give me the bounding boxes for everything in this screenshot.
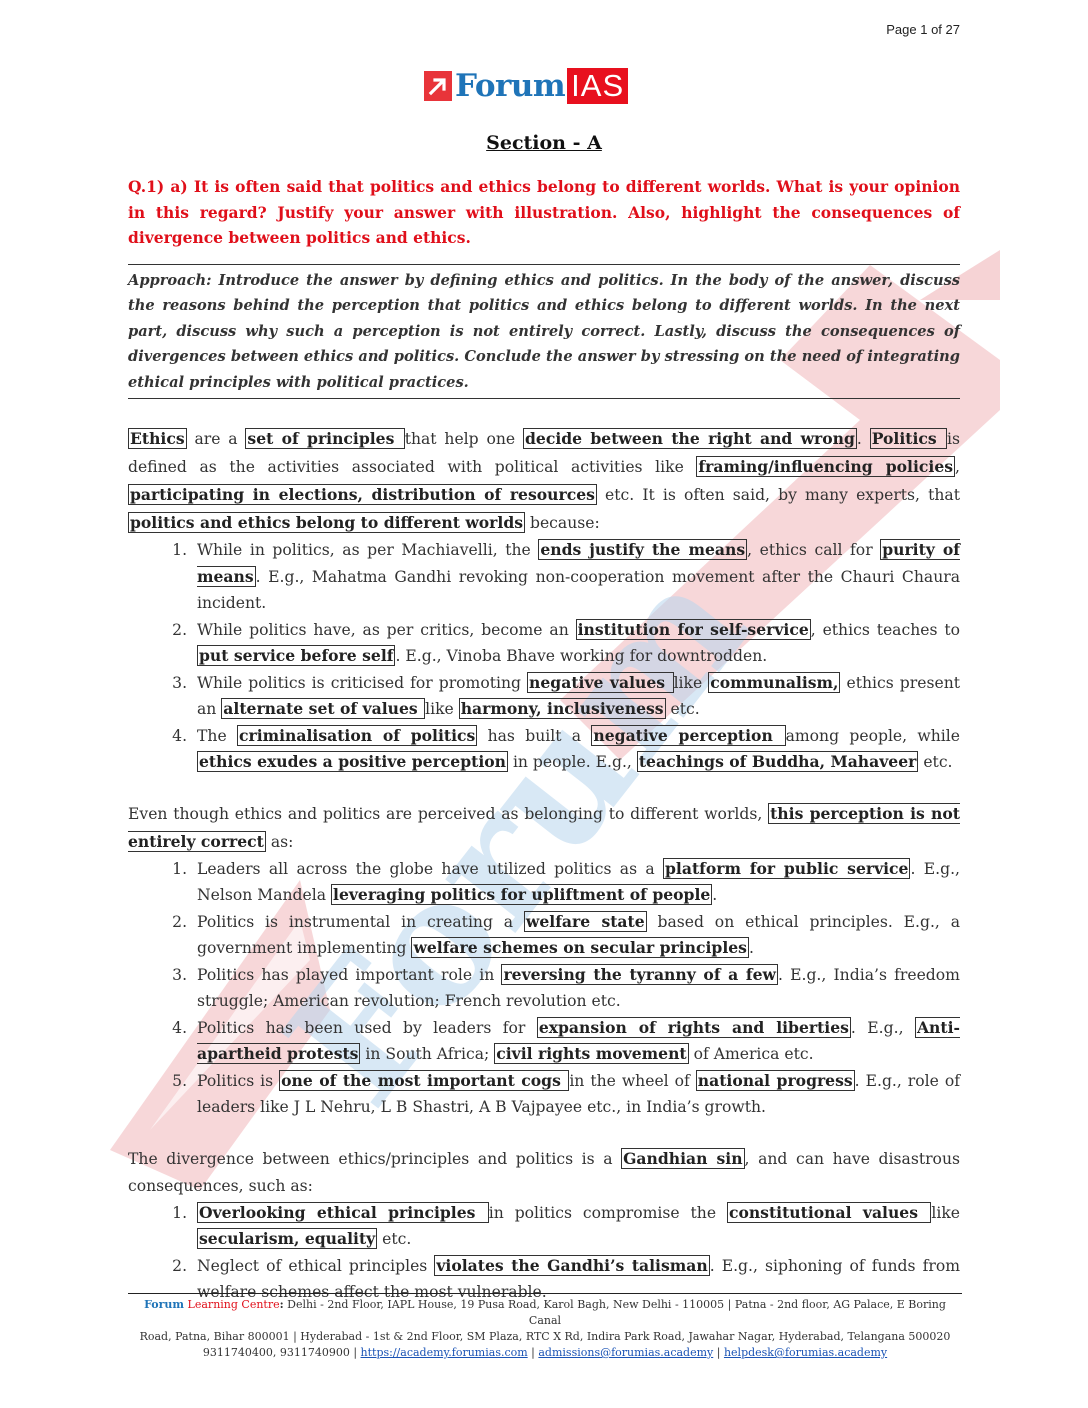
highlighted-keyword: Gandhian sin	[621, 1148, 744, 1169]
text-run: in South Africa;	[360, 1045, 494, 1063]
text-run: Even though ethics and politics are perc…	[128, 805, 768, 823]
text-run: .	[749, 939, 754, 957]
footer-address-line1: Delhi - 2nd Floor, IAPL House, 19 Pusa R…	[284, 1298, 946, 1327]
text-run: .	[712, 886, 717, 904]
document-body: Section - A Q.1) a) It is often said tha…	[128, 128, 960, 1306]
text-run: of America etc.	[689, 1045, 814, 1063]
list-item: Politics has been used by leaders for ex…	[192, 1015, 960, 1068]
list-item: Politics has played important role in re…	[192, 962, 960, 1015]
text-run: While in politics, as per Machiavelli, t…	[197, 541, 538, 559]
footer-address-line2: Road, Patna, Bihar 800001 | Hyderabad - …	[128, 1329, 962, 1345]
footer-phones: 9311740400, 9311740900	[203, 1346, 350, 1359]
highlighted-keyword: reversing the tyranny of a few	[501, 964, 778, 985]
highlighted-keyword: one of the most important cogs	[279, 1070, 569, 1091]
highlighted-keyword: communalism,	[708, 672, 840, 693]
text-run: are a	[187, 430, 246, 448]
section-title: Section - A	[128, 132, 960, 154]
text-run: , ethics call for	[747, 541, 880, 559]
footer-brand-rest: Learning Centre	[184, 1298, 280, 1311]
text-run: etc.	[377, 1230, 411, 1248]
highlighted-keyword: negative perception	[591, 725, 785, 746]
highlighted-keyword: alternate set of values	[221, 698, 425, 719]
text-run: etc.	[918, 753, 952, 771]
list-item: While politics is criticised for promoti…	[192, 670, 960, 723]
highlighted-keyword: decide between the right and wrong	[523, 428, 857, 449]
counter-points-list: Leaders all across the globe have utiliz…	[128, 856, 960, 1121]
text-run: Politics has played important role in	[197, 966, 501, 984]
highlighted-keyword: set of principles	[245, 428, 404, 449]
list-item: Politics is instrumental in creating a w…	[192, 909, 960, 962]
text-run: The	[197, 727, 237, 745]
text-run: has built a	[477, 727, 591, 745]
text-run: While politics have, as per critics, bec…	[197, 621, 576, 639]
text-run: Neglect of ethical principles	[197, 1257, 434, 1275]
highlighted-keyword: constitutional values	[727, 1202, 931, 1223]
text-run: like	[674, 674, 709, 692]
consequences-points-list: Overlooking ethical principles in politi…	[128, 1200, 960, 1306]
text-run: The divergence between ethics/principles…	[128, 1150, 621, 1168]
text-run: in the wheel of	[569, 1072, 695, 1090]
text-run: in people. E.g.,	[508, 753, 637, 771]
footer-helpdesk-email-link[interactable]: helpdesk@forumias.academy	[724, 1346, 887, 1359]
text-run: that help one	[405, 430, 523, 448]
text-run: etc.	[666, 700, 700, 718]
highlighted-keyword: national progress	[696, 1070, 855, 1091]
consequences-paragraph: The divergence between ethics/principles…	[128, 1145, 960, 1200]
highlighted-keyword: criminalisation of politics	[237, 725, 477, 746]
highlighted-keyword: leveraging politics for upliftment of pe…	[331, 884, 712, 905]
list-item: Overlooking ethical principles in politi…	[192, 1200, 960, 1253]
list-item: While in politics, as per Machiavelli, t…	[192, 537, 960, 617]
text-run: among people, while	[786, 727, 960, 745]
footer-website-link[interactable]: https://academy.forumias.com	[361, 1346, 528, 1359]
text-run: .	[857, 430, 870, 448]
text-run: etc. It is often said, by many experts, …	[597, 486, 960, 504]
footer-brand-forum: Forum	[144, 1298, 184, 1311]
highlighted-keyword: framing/influencing policies	[696, 456, 955, 477]
highlighted-keyword: Politics	[870, 428, 947, 449]
text-run: in politics compromise the	[489, 1204, 727, 1222]
text-run: Leaders all across the globe have utiliz…	[197, 860, 663, 878]
list-item: Politics is one of the most important co…	[192, 1068, 960, 1121]
highlighted-keyword: secularism, equality	[197, 1228, 377, 1249]
highlighted-keyword: expansion of rights and liberties	[537, 1017, 851, 1038]
list-item: Leaders all across the globe have utiliz…	[192, 856, 960, 909]
text-run: , ethics teaches to	[811, 621, 960, 639]
text-run: Politics is	[197, 1072, 279, 1090]
text-run: like	[931, 1204, 960, 1222]
counter-paragraph: Even though ethics and politics are perc…	[128, 800, 960, 856]
footer-admissions-email-link[interactable]: admissions@forumias.academy	[538, 1346, 713, 1359]
text-run: as:	[266, 833, 294, 851]
highlighted-keyword: welfare schemes on secular principles	[411, 937, 749, 958]
text-run: While politics is criticised for promoti…	[197, 674, 527, 692]
arrow-up-right-icon	[424, 71, 452, 101]
list-item: While politics have, as per critics, bec…	[192, 617, 960, 670]
intro-paragraph: Ethics are a set of principles that help…	[128, 425, 960, 537]
logo-ias-text: IAS	[567, 68, 628, 104]
text-run: . E.g.,	[851, 1019, 915, 1037]
text-run: Politics has been used by leaders for	[197, 1019, 537, 1037]
text-run: ,	[955, 458, 960, 476]
highlighted-keyword: put service before self	[197, 645, 395, 666]
highlighted-keyword: teachings of Buddha, Mahaveer	[637, 751, 919, 772]
highlighted-keyword: violates the Gandhi’s talisman	[434, 1255, 709, 1276]
highlighted-keyword: Overlooking ethical principles	[197, 1202, 489, 1223]
text-run: . E.g., Vinoba Bhave working for downtro…	[395, 647, 767, 665]
logo-forum-text: Forum	[455, 68, 565, 104]
highlighted-keyword: participating in elections, distribution…	[128, 484, 597, 505]
page-footer: Forum Learning Centre: Delhi - 2nd Floor…	[128, 1293, 962, 1361]
highlighted-keyword: civil rights movement	[494, 1043, 688, 1064]
highlighted-keyword: politics and ethics belong to different …	[128, 512, 525, 533]
highlighted-keyword: welfare state	[524, 911, 647, 932]
page-indicator: Page 1 of 27	[886, 22, 960, 37]
text-run: like	[425, 700, 459, 718]
intro-points-list: While in politics, as per Machiavelli, t…	[128, 537, 960, 776]
highlighted-keyword: ethics exudes a positive perception	[197, 751, 508, 772]
text-run: because:	[525, 514, 600, 532]
text-run: . E.g., Mahatma Gandhi revoking non-coop…	[197, 568, 960, 613]
highlighted-keyword: institution for self-service	[576, 619, 811, 640]
highlighted-keyword: platform for public service	[663, 858, 910, 879]
approach-box: Approach: Introduce the answer by defini…	[128, 264, 960, 400]
forumias-logo: Forum IAS	[424, 68, 628, 104]
text-run: Politics is instrumental in creating a	[197, 913, 524, 931]
highlighted-keyword: ends justify the means	[538, 539, 747, 560]
highlighted-keyword: harmony, inclusiveness	[459, 698, 666, 719]
highlighted-keyword: negative values	[527, 672, 674, 693]
question-text: Q.1) a) It is often said that politics a…	[128, 174, 960, 251]
list-item: The criminalisation of politics has buil…	[192, 723, 960, 776]
highlighted-keyword: Ethics	[128, 428, 187, 449]
